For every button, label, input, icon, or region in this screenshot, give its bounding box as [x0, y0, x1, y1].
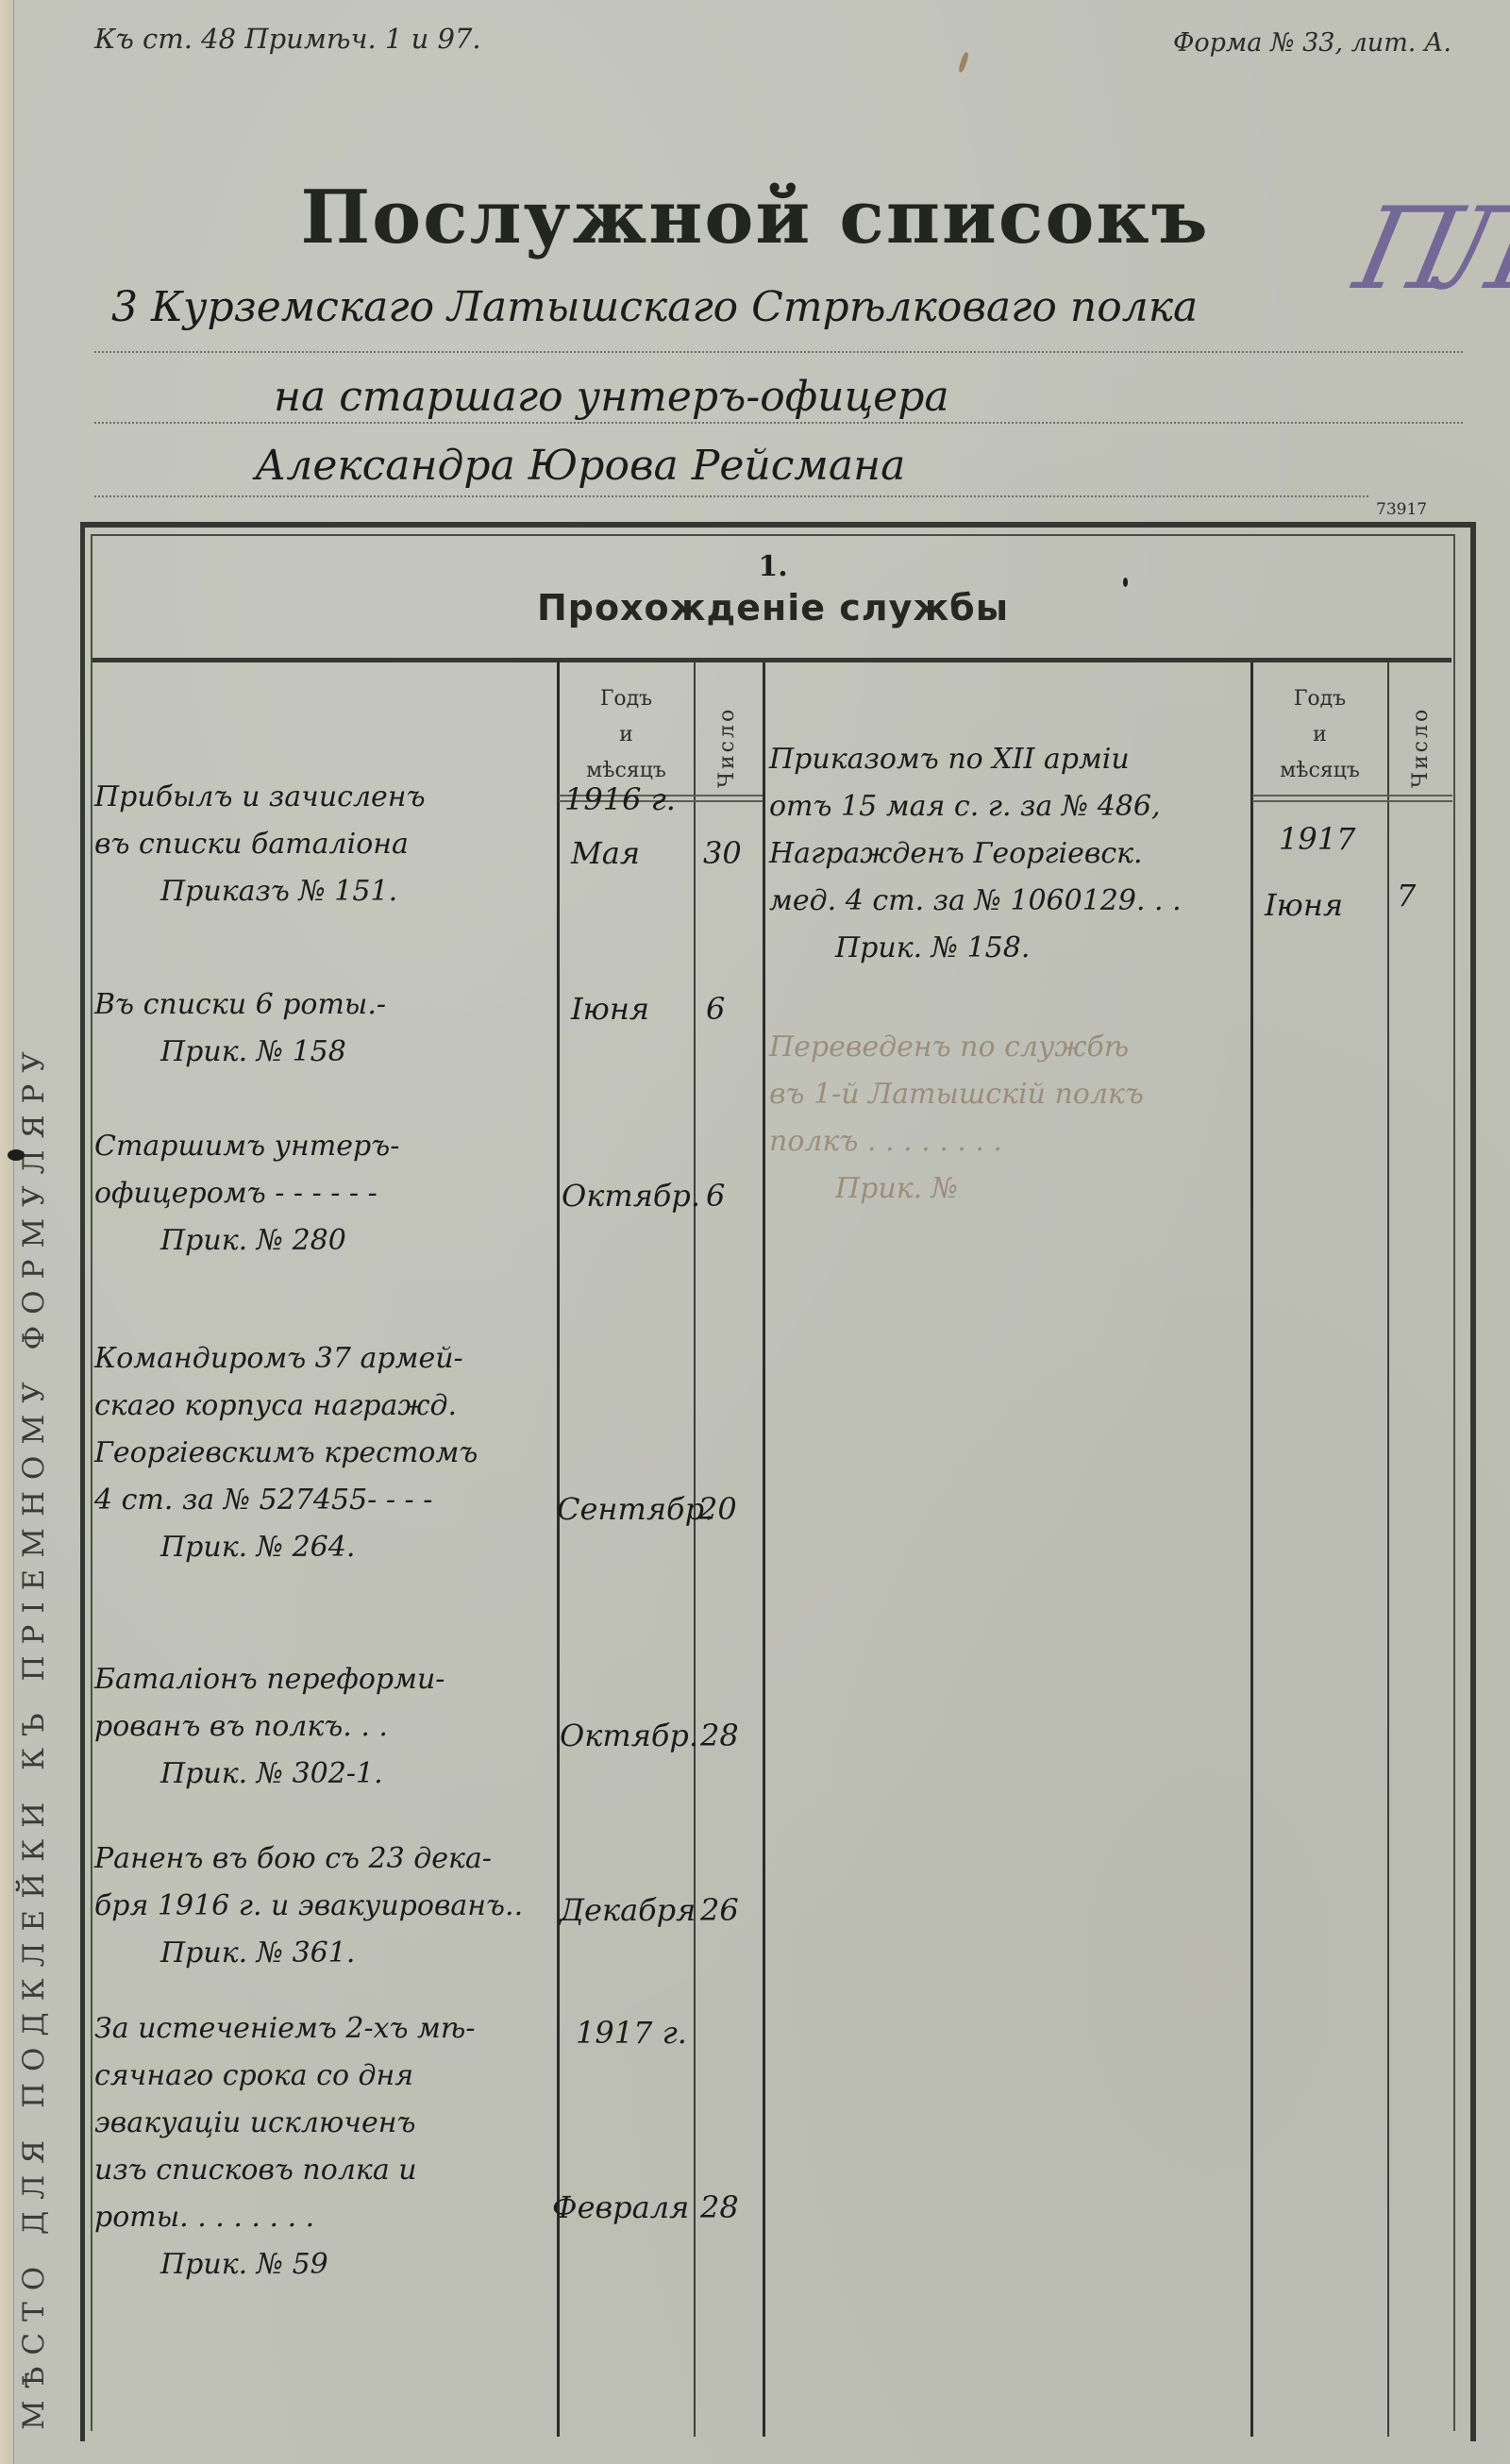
- entry-text: Приказомъ по XII арміи: [769, 736, 1182, 783]
- entry-day: 26: [700, 1892, 739, 1928]
- entry-text: Награжденъ Георгіевск.: [769, 830, 1182, 878]
- service-entry: Старшимъ унтеръ- офицеромъ - - - - - - П…: [94, 1123, 399, 1265]
- entry-text: рованъ въ полкъ. . .: [94, 1703, 445, 1751]
- dotted-rule: [94, 351, 1463, 353]
- entry-month: Декабря: [560, 1892, 696, 1928]
- archive-signature: ПЛ: [1345, 184, 1510, 315]
- pasting-margin-label: МѢСТО ДЛЯ ПОДКЛЕЙКИ КЪ ПРІЕМНОМУ ФОРМУЛЯ…: [17, 1040, 51, 2430]
- entry-text: Переведенъ по службѣ: [769, 1024, 1144, 1071]
- entry-text: Командиромъ 37 армей-: [94, 1335, 478, 1383]
- dotted-rule: [94, 495, 1368, 497]
- entry-text: изъ списковъ полка и: [94, 2147, 476, 2194]
- entry-text: роты. . . . . . . .: [94, 2194, 476, 2241]
- form-number: Форма № 33, лит. А.: [1173, 28, 1451, 58]
- header-word: и: [559, 717, 694, 753]
- entry-text: За истеченіемъ 2-хъ мѣ-: [94, 2005, 476, 2053]
- service-entry: Раненъ въ бою съ 23 дека- бря 1916 г. и …: [94, 1835, 523, 1977]
- order-ref: Прик. № 264.: [94, 1524, 478, 1571]
- entry-text: Старшимъ унтеръ-: [94, 1123, 399, 1170]
- entry-month: Іюня: [571, 991, 649, 1027]
- entry-text: сячнаго срока со дня: [94, 2053, 476, 2100]
- service-entry: Командиромъ 37 армей- скаго корпуса нагр…: [94, 1335, 478, 1571]
- entry-text: полкъ . . . . . . . .: [769, 1118, 1144, 1165]
- entry-text: Баталіонъ переформи-: [94, 1656, 445, 1703]
- column-header-day: Число: [1409, 707, 1433, 788]
- entry-text: Раненъ въ бою съ 23 дека-: [94, 1835, 523, 1883]
- serial-number: 73917: [1376, 500, 1427, 519]
- service-entry: Баталіонъ переформи- рованъ въ полкъ. . …: [94, 1656, 445, 1798]
- frame-rule: [91, 534, 92, 2431]
- service-entry: За истеченіемъ 2-хъ мѣ- сячнаго срока со…: [94, 2005, 476, 2288]
- entry-day: 30: [703, 835, 742, 871]
- order-ref: Прик. № 361.: [94, 1930, 523, 1977]
- column-divider: [1250, 662, 1253, 2437]
- order-ref: Прик. № 302-1.: [94, 1751, 445, 1798]
- order-ref: Прик. № 280: [94, 1217, 399, 1265]
- entry-year: 1917: [1279, 821, 1355, 857]
- entry-month: Іюня: [1265, 887, 1343, 923]
- document-title: Послужной списокъ: [0, 175, 1510, 260]
- entry-day: 6: [706, 1178, 725, 1214]
- header-word: и: [1252, 717, 1387, 753]
- entry-text: Въ списки 6 роты.-: [94, 981, 386, 1029]
- order-ref: Приказъ № 151.: [94, 868, 426, 915]
- column-divider: [1387, 662, 1389, 2437]
- subject-regiment: 3 Курземскаго Латышскаго Стрѣлковаго пол…: [111, 283, 1198, 331]
- entry-month: Февраля: [552, 2189, 689, 2225]
- entry-text: 4 ст. за № 527455- - - -: [94, 1477, 478, 1524]
- header-word: Годъ: [559, 681, 694, 717]
- entry-text: въ списки баталіона: [94, 821, 426, 868]
- column-header-year-month: Годъ и мѣсяцъ: [559, 681, 694, 789]
- subject-rank: на старшаго унтеръ-офицера: [274, 373, 949, 421]
- order-ref: Прик. № 158: [94, 1029, 386, 1076]
- column-header-year-month: Годъ и мѣсяцъ: [1252, 681, 1387, 789]
- award-entry: Приказомъ по XII арміи отъ 15 мая с. г. …: [769, 736, 1182, 972]
- entry-text: бря 1916 г. и эвакуированъ..: [94, 1883, 523, 1930]
- frame-rule: [92, 534, 1453, 536]
- column-header-day: Число: [715, 707, 739, 788]
- entry-text: въ 1-й Латышскій полкъ: [769, 1071, 1144, 1118]
- entry-day: 20: [698, 1491, 737, 1527]
- header-double-rule: [1252, 795, 1452, 802]
- entry-month: Сентябр.: [557, 1491, 713, 1527]
- entry-day: 7: [1397, 878, 1416, 914]
- entry-text: мед. 4 ст. за № 1060129. . .: [769, 878, 1182, 925]
- ink-dot: [1123, 578, 1128, 587]
- subject-name: Александра Юрова Рейсмана: [255, 442, 905, 490]
- service-entry: Въ списки 6 роты.- Прик. № 158: [94, 981, 386, 1076]
- paper-edge: [0, 0, 14, 2464]
- order-ref: Прик. № 158.: [769, 925, 1182, 972]
- entry-day: 6: [706, 991, 725, 1027]
- section-title: Прохожденіе службы: [0, 587, 1510, 629]
- entry-month: Мая: [571, 835, 640, 871]
- frame-rule: [1453, 534, 1455, 2431]
- entry-text: Георгіевскимъ крестомъ: [94, 1430, 478, 1477]
- entry-text: офицеромъ - - - - - -: [94, 1170, 399, 1217]
- entry-text: отъ 15 мая с. г. за № 486,: [769, 783, 1182, 830]
- order-ref: Прик. № 59: [94, 2241, 476, 2288]
- entry-text: Прибылъ и зачисленъ: [94, 774, 426, 821]
- award-entry-faded: Переведенъ по службѣ въ 1-й Латышскій по…: [769, 1024, 1144, 1213]
- header-word: мѣсяцъ: [1252, 753, 1387, 789]
- service-entry: Прибылъ и зачисленъ въ списки баталіона …: [94, 774, 426, 915]
- entry-day: 28: [700, 2189, 739, 2225]
- entry-month: Октябр.: [560, 1718, 698, 1753]
- column-divider: [694, 662, 696, 2437]
- column-divider: [763, 662, 765, 2437]
- entry-year: 1916 г.: [564, 781, 676, 817]
- order-ref: Прик. №: [769, 1165, 1144, 1213]
- entry-text: эвакуаціи исключенъ: [94, 2100, 476, 2147]
- dotted-rule: [94, 422, 1463, 424]
- entry-month: Октябр.: [562, 1178, 700, 1214]
- entry-year: 1917 г.: [576, 2015, 687, 2051]
- header-word: Годъ: [1252, 681, 1387, 717]
- column-divider: [557, 662, 560, 2437]
- section-number: 1.: [0, 550, 1510, 583]
- entry-day: 28: [700, 1718, 739, 1753]
- ink-blot: [8, 1149, 25, 1161]
- reference-note: Къ ст. 48 Примѣч. 1 и 97.: [94, 23, 481, 55]
- entry-text: скаго корпуса награжд.: [94, 1383, 478, 1430]
- header-band-rule: [92, 658, 1451, 662]
